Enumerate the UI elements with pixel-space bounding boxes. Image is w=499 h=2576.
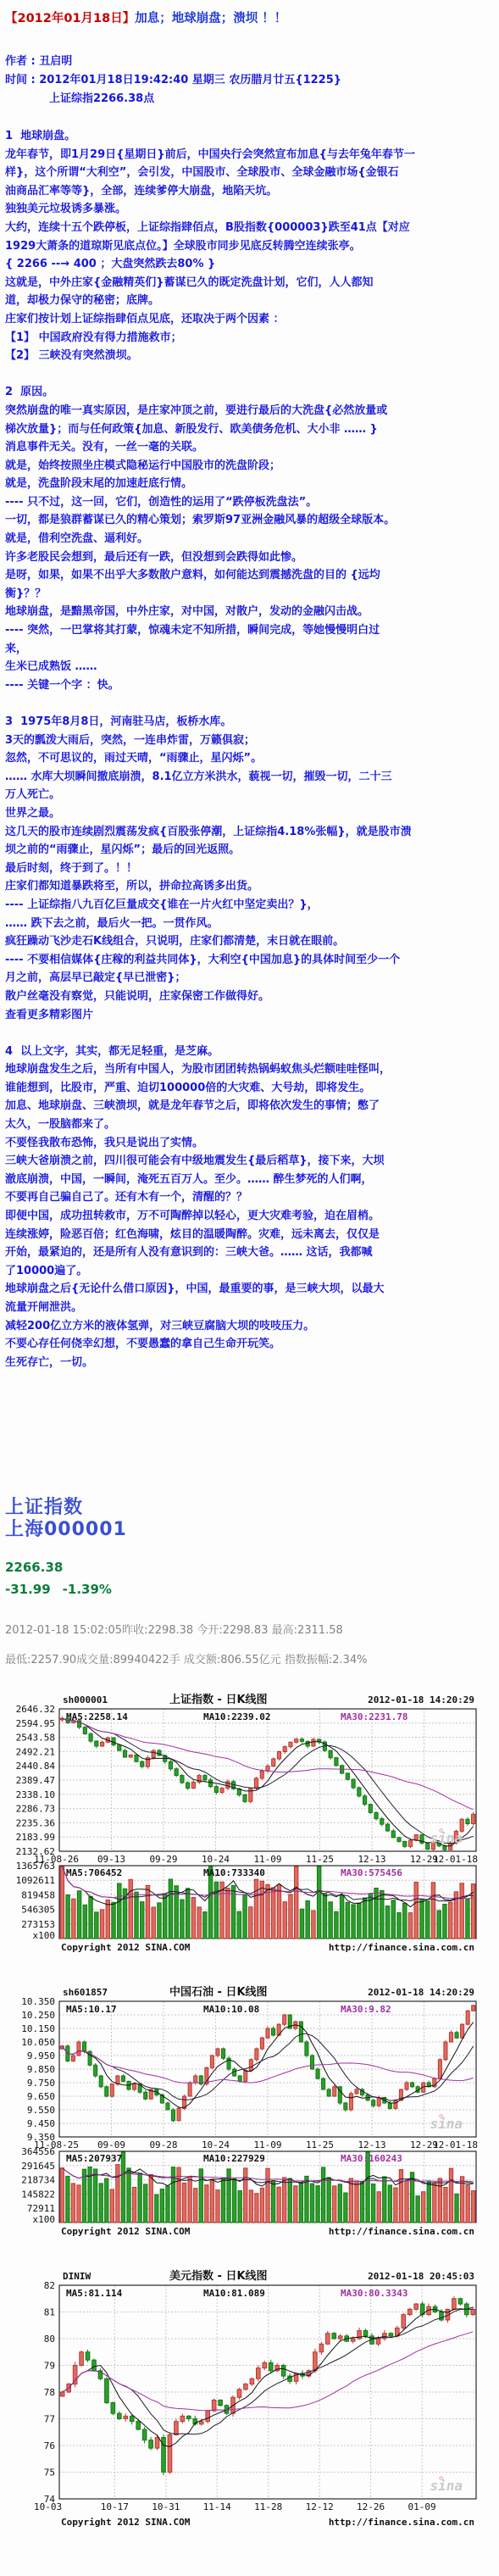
svg-text:2012-01-18 20:45:03: 2012-01-18 20:45:03 — [368, 2271, 474, 2282]
article-line: 地球崩盘，是黯黑帝国，中外庄家，对中国，对散户，发动的金融闪击战。 — [5, 603, 494, 621]
article-line: 就是，洗盘阶段末尾的加速赶底行情。 — [5, 475, 494, 493]
svg-text:9.750: 9.750 — [27, 2078, 55, 2089]
svg-text:MA10:81.089: MA10:81.089 — [203, 2288, 265, 2299]
article-line: 大约，连续十五个跌停板，上证综指肆佰点，B股指数{000003}跌至41点【对应 — [5, 219, 494, 237]
svg-text:145822: 145822 — [21, 2189, 55, 2200]
article-line: 疯狂躁动飞沙走石K线组合，只说明，庄家们都清楚，末日就在眼前。 — [5, 932, 494, 951]
svg-text:273153: 273153 — [21, 1919, 55, 1930]
kline-chart-sh601857: sh601857中国石油 - 日K线图2012-01-18 14:20:2910… — [5, 1984, 494, 2246]
article-line: 生死存亡，一切。 — [5, 1354, 494, 1372]
grid-lines — [59, 2001, 476, 2137]
article-line: 忽然，不可思议的，雨过天晴，“雨骤止，星闪烁”。 — [5, 749, 494, 768]
svg-text:MA30:2231.78: MA30:2231.78 — [341, 1711, 408, 1722]
svg-text:9.450: 9.450 — [27, 2118, 55, 2129]
article-line: 就是，借利空洗盘、逼利好。 — [5, 530, 494, 548]
svg-text:11-14: 11-14 — [203, 2501, 231, 2512]
svg-text:1092611: 1092611 — [16, 1876, 55, 1887]
article-line — [5, 694, 494, 713]
sina-logo-icon: ✿ — [439, 1827, 444, 1835]
article-line: 减轻200亿立方米的液体氢弹，对三峡豆腐脑大坝的吱吱压力。 — [5, 1317, 494, 1336]
article-line: ---- 突然，一巴掌将其打蒙，惊魂未定不知所措，瞬间完成，等她慢慢明白过 — [5, 621, 494, 640]
post-index-note: 上证综指2266.38点 — [5, 90, 494, 108]
chart-source-url: http://finance.sina.com.cn — [329, 2517, 474, 2528]
article-line: 流量开闸泄洪。 — [5, 1299, 494, 1317]
article-line: 来， — [5, 640, 494, 659]
svg-text:上证指数 - 日K线图: 上证指数 - 日K线图 — [169, 1693, 268, 1706]
svg-text:2594.95: 2594.95 — [16, 1718, 55, 1729]
index-stats-line1: 2012-01-18 15:02:05昨收:2298.38 今开:2298.83… — [5, 1621, 494, 1637]
article-line: 消息事件无关。没有，一丝一毫的关联。 — [5, 438, 494, 457]
svg-text:79: 79 — [44, 2361, 55, 2372]
article-line: …… 跌下去之前，最后火一把。一贯作风。 — [5, 915, 494, 933]
article-line: 1929大萧条的道琼斯见底点位。】全球股市同步见底反转腾空连续张亭。 — [5, 237, 494, 256]
article-line: 许多老股民会想到，最后还有一跌，但没想到会跌得如此惨。 — [5, 548, 494, 567]
article-line: 地球崩盘之后{无论什么借口原因}，中国，最重要的事，是三峡大坝，以最大 — [5, 1280, 494, 1299]
svg-text:01-09: 01-09 — [408, 2501, 435, 2512]
svg-text:MA5:81.114: MA5:81.114 — [66, 2288, 123, 2299]
svg-text:12-01-18: 12-01-18 — [433, 2139, 478, 2150]
article-line: ---- 只不过，这一回，它们，创造性的运用了“跌停板洗盘法”。 — [5, 493, 494, 512]
article-line: 散户丝毫没有察觉，只能说明，庄家保密工作做得好。 — [5, 988, 494, 1006]
article-line: 是呀，如果，如果不出乎大多数散户意料，如何能达到震撼洗盘的目的 {远均 — [5, 566, 494, 585]
chart-source-url: http://finance.sina.com.cn — [329, 1942, 474, 1953]
svg-text:DINIW: DINIW — [63, 2271, 91, 2282]
kline-chart-svg-sh000001: sh000001上证指数 - 日K线图2012-01-18 14:20:2926… — [5, 1692, 486, 1959]
svg-text:2012-01-18 14:20:29: 2012-01-18 14:20:29 — [368, 1694, 474, 1705]
index-quote-block: 上证指数 上海000001 2266.38 -31.99-1.39% 2012-… — [5, 1497, 494, 1666]
svg-text:2440.84: 2440.84 — [16, 1761, 56, 1772]
article-line: 不要怪我散布恐怖，我只是说出了实情。 — [5, 1134, 494, 1153]
article-line: 3 1975年8月8日，河南驻马店，板桥水库。 — [5, 713, 494, 732]
article-line: 了10000遍了。 — [5, 1262, 494, 1281]
article-line: 【2】 三峡没有突然溃坝。 — [5, 347, 494, 365]
svg-text:x100: x100 — [33, 1930, 56, 1941]
svg-text:11-25: 11-25 — [306, 2139, 334, 2150]
article-line: 太久，一股脑都来了。 — [5, 1116, 494, 1134]
sina-watermark: sina — [430, 1830, 463, 1846]
grid-lines — [59, 2285, 476, 2499]
svg-text:72911: 72911 — [27, 2204, 55, 2215]
svg-text:10-24: 10-24 — [202, 2139, 230, 2150]
svg-text:09-13: 09-13 — [97, 1854, 125, 1865]
index-stats-line2: 最低:2257.90成交量:89940422手 成交额:806.55亿元 指数振… — [5, 1650, 494, 1666]
svg-text:美元指数 - 日K线图: 美元指数 - 日K线图 — [169, 2269, 268, 2283]
svg-text:546305: 546305 — [21, 1905, 55, 1916]
svg-text:82: 82 — [44, 2280, 55, 2291]
article-line: 谁能想到，比股市，严重、迫切100000倍的大灾难、大号劫，即将发生。 — [5, 1079, 494, 1098]
svg-text:2543.58: 2543.58 — [16, 1733, 55, 1744]
svg-text:2646.32: 2646.32 — [16, 1704, 55, 1715]
article-line: 开始，最紧迫的，还是所有人没有意识到的：三峡大爸。…… 这话，我都喊 — [5, 1243, 494, 1262]
svg-text:10.150: 10.150 — [21, 2023, 55, 2034]
article-line: 世界之最。 — [5, 804, 494, 823]
svg-text:9.650: 9.650 — [27, 2091, 55, 2102]
kline-chart-sh000001: sh000001上证指数 - 日K线图2012-01-18 14:20:2926… — [5, 1692, 494, 1962]
svg-text:12-13: 12-13 — [358, 2139, 385, 2150]
article-line: 坝之前的“雨骤止，星闪烁”；最后的回光返照。 — [5, 841, 494, 860]
article-line — [5, 365, 494, 384]
article-line: 这几天的股市连续剧烈震荡发疯{百股张停潮，上证综指4.18%张幅}，就是股市溃 — [5, 823, 494, 842]
article-line: ---- 不要相信媒体{庄稼的利益共同体}，大利空{中国加息}的具体时间至少一个 — [5, 951, 494, 970]
svg-text:2389.47: 2389.47 — [16, 1775, 55, 1786]
sina-watermark: sina — [430, 2478, 463, 2494]
chart-source-url: http://finance.sina.com.cn — [329, 2226, 474, 2237]
index-last-price: 2266.38 — [5, 1560, 494, 1575]
article-line: 生米已成熟饭 …… — [5, 658, 494, 676]
svg-text:76: 76 — [44, 2440, 55, 2451]
svg-text:10-24: 10-24 — [202, 1854, 230, 1865]
svg-text:MA5:10.17: MA5:10.17 — [66, 2004, 117, 2015]
sina-watermark: sina — [430, 2116, 463, 2132]
svg-text:81: 81 — [44, 2307, 55, 2318]
svg-text:x100: x100 — [33, 2214, 56, 2225]
article-line: 衡}？？ — [5, 585, 494, 604]
article-line: 三峡大爸崩溃之前，四川很可能会有中级地震发生{最后稻草}，接下来，大坝 — [5, 1152, 494, 1171]
article-line: 连续涨婷，险恶百倍；红色海啸，炫目的温暖陶醉。灾难，远未离去，仅仅是 — [5, 1226, 494, 1244]
svg-text:80: 80 — [44, 2334, 55, 2345]
article-line: 不要再自己骗自己了。还有木有一个，清醒的？？ — [5, 1188, 494, 1207]
svg-text:MA10:10.08: MA10:10.08 — [203, 2004, 259, 2015]
chart-copyright: Copyright 2012 SINA.COM — [61, 2517, 191, 2528]
svg-text:11-09: 11-09 — [253, 2139, 281, 2150]
post-title: 【2012年01月18日】加息；地球崩盘；溃坝 ！！ — [5, 10, 494, 27]
svg-text:77: 77 — [44, 2414, 55, 2425]
article-line: 地球崩盘发生之后，当所有中国人，为股市团团转热锅蚂蚁焦头烂额哇哇怪叫， — [5, 1060, 494, 1079]
sina-logo-icon: ✿ — [439, 2474, 444, 2483]
svg-text:2183.99: 2183.99 — [16, 1833, 55, 1844]
kline-chart-DINIW: DINIW美元指数 - 日K线图2012-01-18 20:45:0382818… — [5, 2268, 494, 2537]
svg-text:MA30:80.3343: MA30:80.3343 — [341, 2288, 408, 2299]
sina-logo-icon: ✿ — [439, 2112, 444, 2121]
article-line: 独独美元垃圾诱多暴涨。 — [5, 200, 494, 219]
article-line: 样}，这个所谓“大利空”，会引发，中国股市、全球股市、全球金融市场{金银石 — [5, 164, 494, 182]
svg-text:MA30:9.82: MA30:9.82 — [341, 2004, 391, 2015]
post-author: 作者 : 丑启明 — [5, 53, 494, 71]
svg-text:MA10:227929: MA10:227929 — [203, 2153, 265, 2164]
index-code: 上海000001 — [5, 1519, 494, 1541]
chart-copyright: Copyright 2012 SINA.COM — [61, 2226, 191, 2237]
svg-text:10-31: 10-31 — [152, 2501, 180, 2512]
article-line: 庄家们按计划上证综指肆佰点见底，还取决于两个因素 ： — [5, 310, 494, 329]
index-change-value: -31.99 — [5, 1582, 51, 1597]
article-line: 3天的瓢泼大雨后，突然，一连串炸雷，万籁俱寂； — [5, 732, 494, 750]
kline-chart-svg-DINIW: DINIW美元指数 - 日K线图2012-01-18 20:45:0382818… — [5, 2268, 486, 2534]
article-body: 1 地球崩盘。龙年春节，即1月29日{星期日}前后，中国央行会突然宣布加息{与去… — [5, 127, 494, 1371]
svg-text:2235.36: 2235.36 — [16, 1818, 55, 1829]
index-change-row: -31.99-1.39% — [5, 1582, 494, 1597]
svg-text:1365763: 1365763 — [16, 1861, 55, 1872]
article-line: 就是，始终按照坐庄模式隐秘运行中国股市的洗盘阶段； — [5, 457, 494, 476]
svg-text:2012-01-18 14:20:29: 2012-01-18 14:20:29 — [368, 1987, 474, 1998]
svg-text:11-25: 11-25 — [306, 1854, 334, 1865]
svg-text:10.050: 10.050 — [21, 2037, 55, 2048]
svg-text:MA5:706452: MA5:706452 — [66, 1867, 122, 1878]
svg-text:9.950: 9.950 — [27, 2050, 55, 2061]
article-line: 庄家们都知道暴跌将至，所以，拼命拉高诱多出货。 — [5, 877, 494, 896]
svg-text:12-01-18: 12-01-18 — [433, 1854, 478, 1865]
svg-text:10-17: 10-17 — [101, 2501, 129, 2512]
svg-text:9.550: 9.550 — [27, 2105, 55, 2116]
article-line: 【1】 中国政府没有得力措施救市； — [5, 329, 494, 348]
svg-text:9.850: 9.850 — [27, 2064, 55, 2075]
article-line: 这就是，中外庄家{金融精英们}蓄谋已久的既定洗盘计划，它们，人人都知 — [5, 274, 494, 292]
svg-text:MA30:160243: MA30:160243 — [341, 2153, 402, 2164]
index-name: 上证指数 — [5, 1497, 494, 1519]
svg-text:78: 78 — [44, 2387, 55, 2398]
svg-text:09-29: 09-29 — [149, 1854, 177, 1865]
svg-text:12-26: 12-26 — [357, 2501, 385, 2512]
svg-text:10.250: 10.250 — [21, 2010, 55, 2021]
article-line: 万人死亡。 — [5, 786, 494, 804]
article-line: 一切，都是狼群蓄谋已久的精心策划；索罗斯97亚洲金融风暴的超级全球版本。 — [5, 511, 494, 530]
svg-text:09-28: 09-28 — [149, 2139, 177, 2150]
index-change-percent: -1.39% — [63, 1582, 112, 1597]
article-line: 4 以上文字，其实，都无足轻重，是芝麻。 — [5, 1043, 494, 1061]
svg-text:12-13: 12-13 — [358, 1854, 385, 1865]
svg-text:10-03: 10-03 — [34, 2501, 62, 2512]
svg-text:sh000001: sh000001 — [63, 1694, 108, 1705]
svg-text:11-09: 11-09 — [253, 1854, 281, 1865]
svg-text:11-28: 11-28 — [254, 2501, 282, 2512]
article-line: 澈底崩溃，中国，一瞬间，淹死五百万人。至少。…… 醉生梦死的人们啊， — [5, 1171, 494, 1189]
svg-text:2492.21: 2492.21 — [16, 1747, 55, 1758]
article-line: ---- 上证综指八九百亿巨量成交{谁在一片火红中坚定卖出？}， — [5, 896, 494, 915]
article-line: 油商品汇率等等}，全部，连续爹停大崩盘，地陷天坑。 — [5, 182, 494, 201]
article-line: 龙年春节，即1月29日{星期日}前后，中国央行会突然宣布加息{与去年兔年春节一 — [5, 146, 494, 164]
svg-text:MA30:575456: MA30:575456 — [341, 1867, 402, 1878]
svg-text:75: 75 — [44, 2468, 55, 2479]
chart-copyright: Copyright 2012 SINA.COM — [61, 1942, 191, 1953]
article-line: 2 原因。 — [5, 383, 494, 402]
svg-text:09-09: 09-09 — [97, 2139, 125, 2150]
svg-text:MA10:2239.02: MA10:2239.02 — [203, 1711, 270, 1722]
article-line: 月之前，高层早已敲定{早已泄密}； — [5, 969, 494, 988]
svg-text:2286.73: 2286.73 — [16, 1804, 55, 1815]
article-line: …… 水库大坝瞬间撤底崩溃，8.1亿立方米洪水，藐视一切，摧毁一切，二十三 — [5, 768, 494, 787]
post-title-date: 【2012年01月18日】 — [5, 12, 135, 25]
svg-text:364556: 364556 — [21, 2146, 55, 2157]
article-line: 加息、地球崩盘、三峡溃坝，就是龙年春节之后，即将依次发生的事情；憋了 — [5, 1097, 494, 1116]
post-title-text: 加息；地球崩盘；溃坝 ！！ — [135, 12, 286, 25]
svg-text:218734: 218734 — [21, 2175, 55, 2186]
article-line: 不要心存任何侥幸幻想，不要愚蠢的拿自己生命开玩笑。 — [5, 1335, 494, 1354]
article-line: ---- 关键一个字 ：快。 — [5, 676, 494, 695]
article-line: 道，却极力保守的秘密；底牌。 — [5, 292, 494, 310]
article-line — [5, 1024, 494, 1043]
article-line: 突然崩盘的唯一真实原因，是庄家冲顶之前，要进行最后的大洗盘{必然放量或 — [5, 402, 494, 420]
svg-text:10.350: 10.350 — [21, 1996, 55, 2007]
kline-chart-svg-sh601857: sh601857中国石油 - 日K线图2012-01-18 14:20:2910… — [5, 1984, 486, 2243]
article-line: { 2266 --→ 400 ；大盘突然跌去80% } — [5, 255, 494, 274]
svg-text:2338.10: 2338.10 — [16, 1789, 55, 1800]
kline-charts-section: sh000001上证指数 - 日K线图2012-01-18 14:20:2926… — [5, 1692, 494, 2537]
svg-text:MA5:207937: MA5:207937 — [66, 2153, 122, 2164]
post-time: 时间 : 2012年01月18日19:42:40 星期三 农历腊月廿五{1225… — [5, 71, 494, 90]
svg-text:291645: 291645 — [21, 2161, 55, 2172]
svg-text:12-12: 12-12 — [306, 2501, 334, 2512]
article-line: 最后时刻，终于到了。！！ — [5, 860, 494, 878]
svg-text:中国石油 - 日K线图: 中国石油 - 日K线图 — [169, 1985, 268, 1999]
svg-text:MA10:733340: MA10:733340 — [203, 1867, 265, 1878]
grid-lines — [59, 1709, 476, 1851]
svg-text:sh601857: sh601857 — [63, 1987, 108, 1998]
article-more-link[interactable]: 查看更多精彩图片 — [5, 1006, 494, 1025]
article-line: 即便中国，成功扭转救市，万不可陶醉掉以轻心，更大灾难考验，迫在眉梢。 — [5, 1207, 494, 1226]
blog-post-page: 【2012年01月18日】加息；地球崩盘；溃坝 ！！ 作者 : 丑启明 时间 :… — [0, 0, 499, 2576]
svg-text:819458: 819458 — [21, 1890, 55, 1901]
article-line: 1 地球崩盘。 — [5, 127, 494, 146]
article-line: 梯次放量}；而与任何政策{加息、新股发行、欧美债务危机、大小非 …… } — [5, 420, 494, 439]
